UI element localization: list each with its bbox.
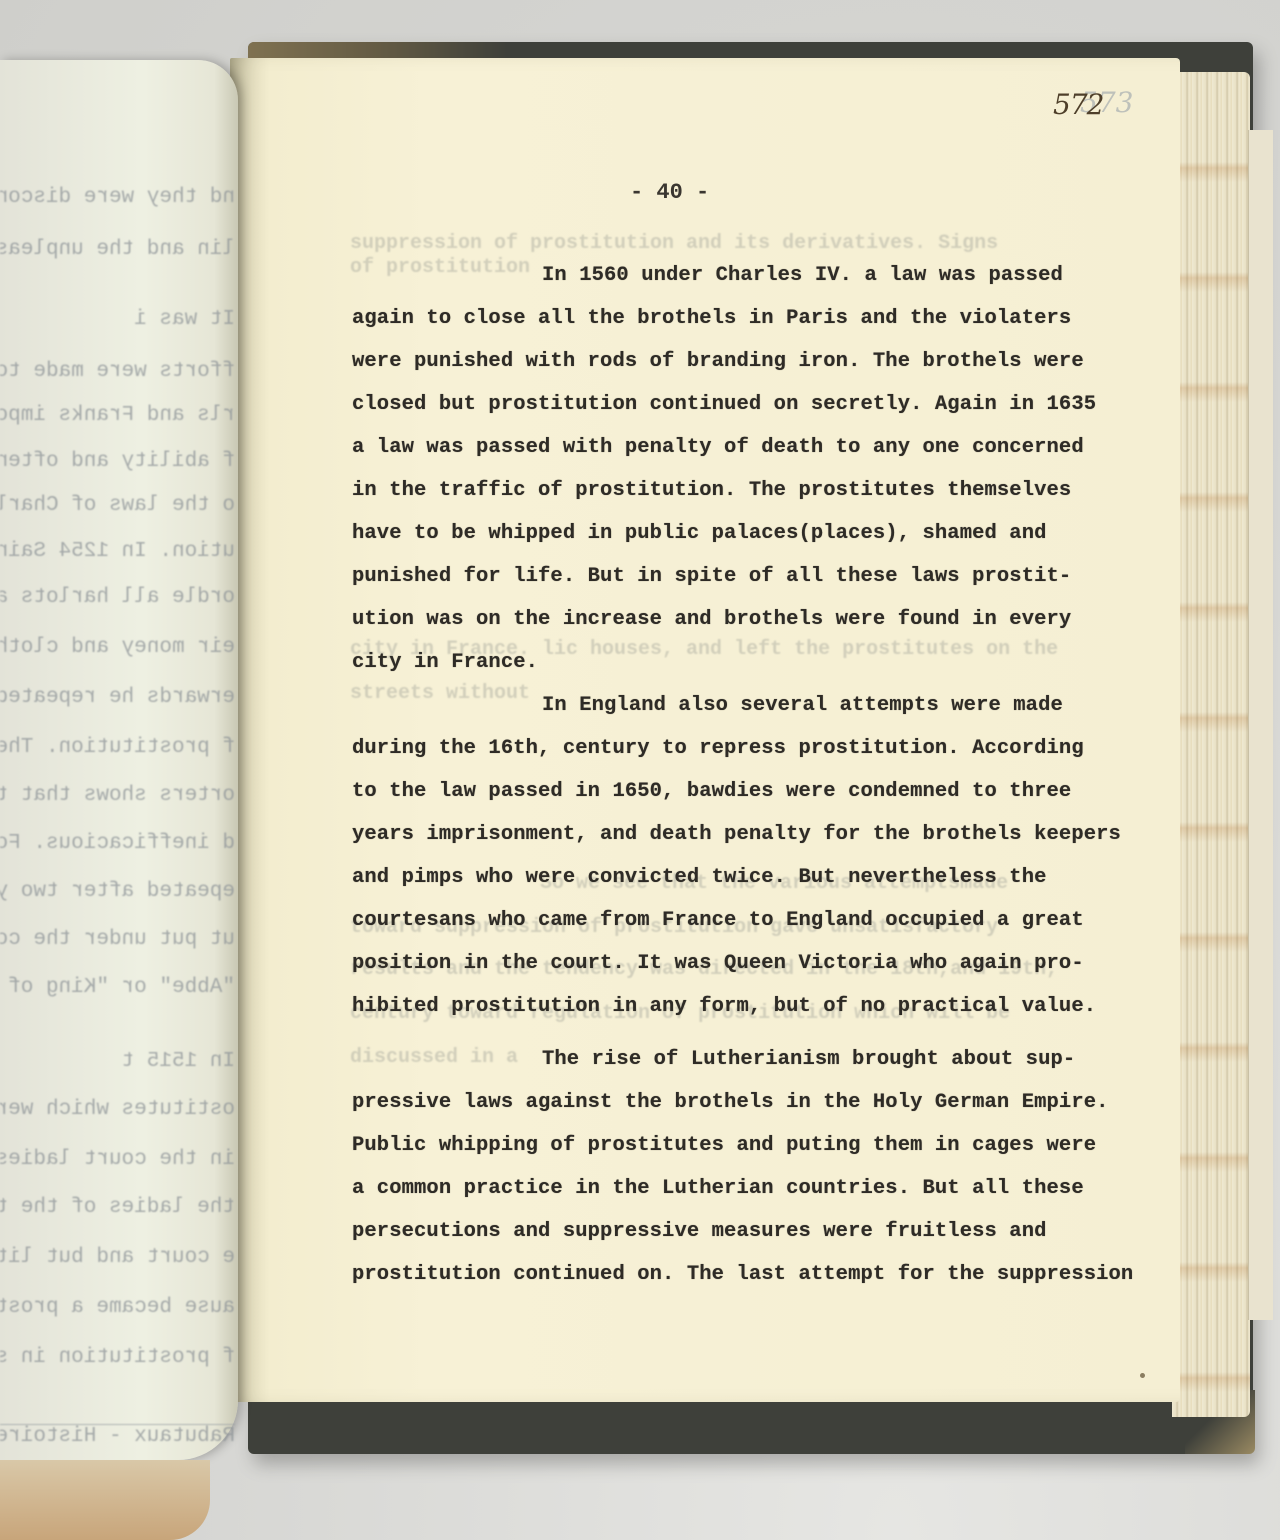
text-line: city in France. bbox=[352, 641, 1152, 684]
mirrored-line: f prostitution in spit bbox=[0, 1346, 235, 1369]
mirrored-line: ution. In 1254 Saint L bbox=[0, 540, 235, 563]
mirrored-line: in the court ladies t bbox=[0, 1148, 235, 1171]
mirrored-line: the ladies of the town bbox=[0, 1196, 235, 1219]
text-line: years imprisonment, and death penalty fo… bbox=[352, 813, 1152, 856]
mirrored-line: ut put under the contr bbox=[0, 928, 235, 951]
mirrored-line: It was i bbox=[0, 308, 235, 331]
text-line: have to be whipped in public palaces(pla… bbox=[352, 512, 1152, 555]
mirrored-line: epeated after two year bbox=[0, 880, 235, 903]
text-line: and pimps who were convicted twice. But … bbox=[352, 856, 1152, 899]
mirrored-line: f prostitution. The ve bbox=[0, 736, 235, 759]
text-line: during the 16th, century to repress pros… bbox=[352, 727, 1152, 770]
mirrored-line: eir money and clothing bbox=[0, 636, 235, 659]
mirrored-line: In 1515 t bbox=[0, 1050, 235, 1073]
text-line: a law was passed with penalty of death t… bbox=[352, 426, 1152, 469]
mirrored-line: ostitutes which were bbox=[0, 1098, 235, 1121]
text-line: pressive laws against the brothels in th… bbox=[352, 1081, 1152, 1124]
page-body: In 1560 under Charles IV. a law was pass… bbox=[352, 254, 1152, 1296]
paragraph-1: In 1560 under Charles IV. a law was pass… bbox=[352, 254, 1152, 684]
text-line: Public whipping of prostitutes and putin… bbox=[352, 1124, 1152, 1167]
text-line: position in the court. It was Queen Vict… bbox=[352, 942, 1152, 985]
mirrored-line: lin and the unpleasant bbox=[0, 238, 235, 261]
text-line: persecutions and suppressive measures we… bbox=[352, 1210, 1152, 1253]
bleed-line: suppression of prostitution and its deri… bbox=[350, 232, 998, 255]
mirrored-footer: Rabutaux - Histoire bbox=[0, 1424, 235, 1448]
mirrored-line: rls and Franks impose bbox=[0, 404, 235, 427]
mirrored-line: o the laws of Charlema bbox=[0, 494, 235, 517]
paragraph-2: In England also several attempts were ma… bbox=[352, 684, 1152, 1028]
text-line: ution was on the increase and brothels w… bbox=[352, 598, 1152, 641]
mirrored-line: erwards he repeated th bbox=[0, 686, 235, 709]
mirrored-line: fforts were made towar bbox=[0, 360, 235, 383]
text-line: In England also several attempts were ma… bbox=[352, 684, 1152, 727]
handwritten-page-number: 572 bbox=[1053, 88, 1103, 121]
mirrored-line: f ability and often st bbox=[0, 450, 235, 473]
page-edges-stack bbox=[1172, 72, 1250, 1417]
loose-sheet-edge bbox=[1248, 130, 1273, 1320]
text-line: a common practice in the Lutherian count… bbox=[352, 1167, 1152, 1210]
mirrored-line: ause became a prostit bbox=[0, 1296, 235, 1319]
left-page-foxed-edge bbox=[0, 1460, 210, 1540]
mirrored-line: "Abbe" or "King of bbox=[0, 976, 235, 999]
mirrored-line: d inefficacious. For bbox=[0, 832, 235, 855]
mirrored-line: e court and but littl bbox=[0, 1246, 235, 1269]
text-line: were punished with rods of branding iron… bbox=[352, 340, 1152, 383]
mirrored-line: ordle all harlots and p bbox=[0, 586, 235, 609]
text-line: hibited prostitution in any form, but of… bbox=[352, 985, 1152, 1028]
mirrored-line: nd they were discontin bbox=[0, 186, 235, 209]
paragraph-gap bbox=[352, 1028, 1152, 1038]
text-line: courtesans who came from France to Engla… bbox=[352, 899, 1152, 942]
text-line: prostitution continued on. The last atte… bbox=[352, 1253, 1152, 1296]
text-line: to the law passed in 1650, bawdies were … bbox=[352, 770, 1152, 813]
page-mark-dot bbox=[1140, 1373, 1145, 1378]
text-line: In 1560 under Charles IV. a law was pass… bbox=[352, 254, 1152, 297]
text-line: again to close all the brothels in Paris… bbox=[352, 297, 1152, 340]
paragraph-3: The rise of Lutherianism brought about s… bbox=[352, 1038, 1152, 1296]
text-line: The rise of Lutherianism brought about s… bbox=[352, 1038, 1152, 1081]
typed-page-number: - 40 - bbox=[630, 180, 709, 205]
text-line: closed but prostitution continued on sec… bbox=[352, 383, 1152, 426]
text-line: in the traffic of prostitution. The pros… bbox=[352, 469, 1152, 512]
mirrored-line: orters shows that the bbox=[0, 784, 235, 807]
text-line: punished for life. But in spite of all t… bbox=[352, 555, 1152, 598]
